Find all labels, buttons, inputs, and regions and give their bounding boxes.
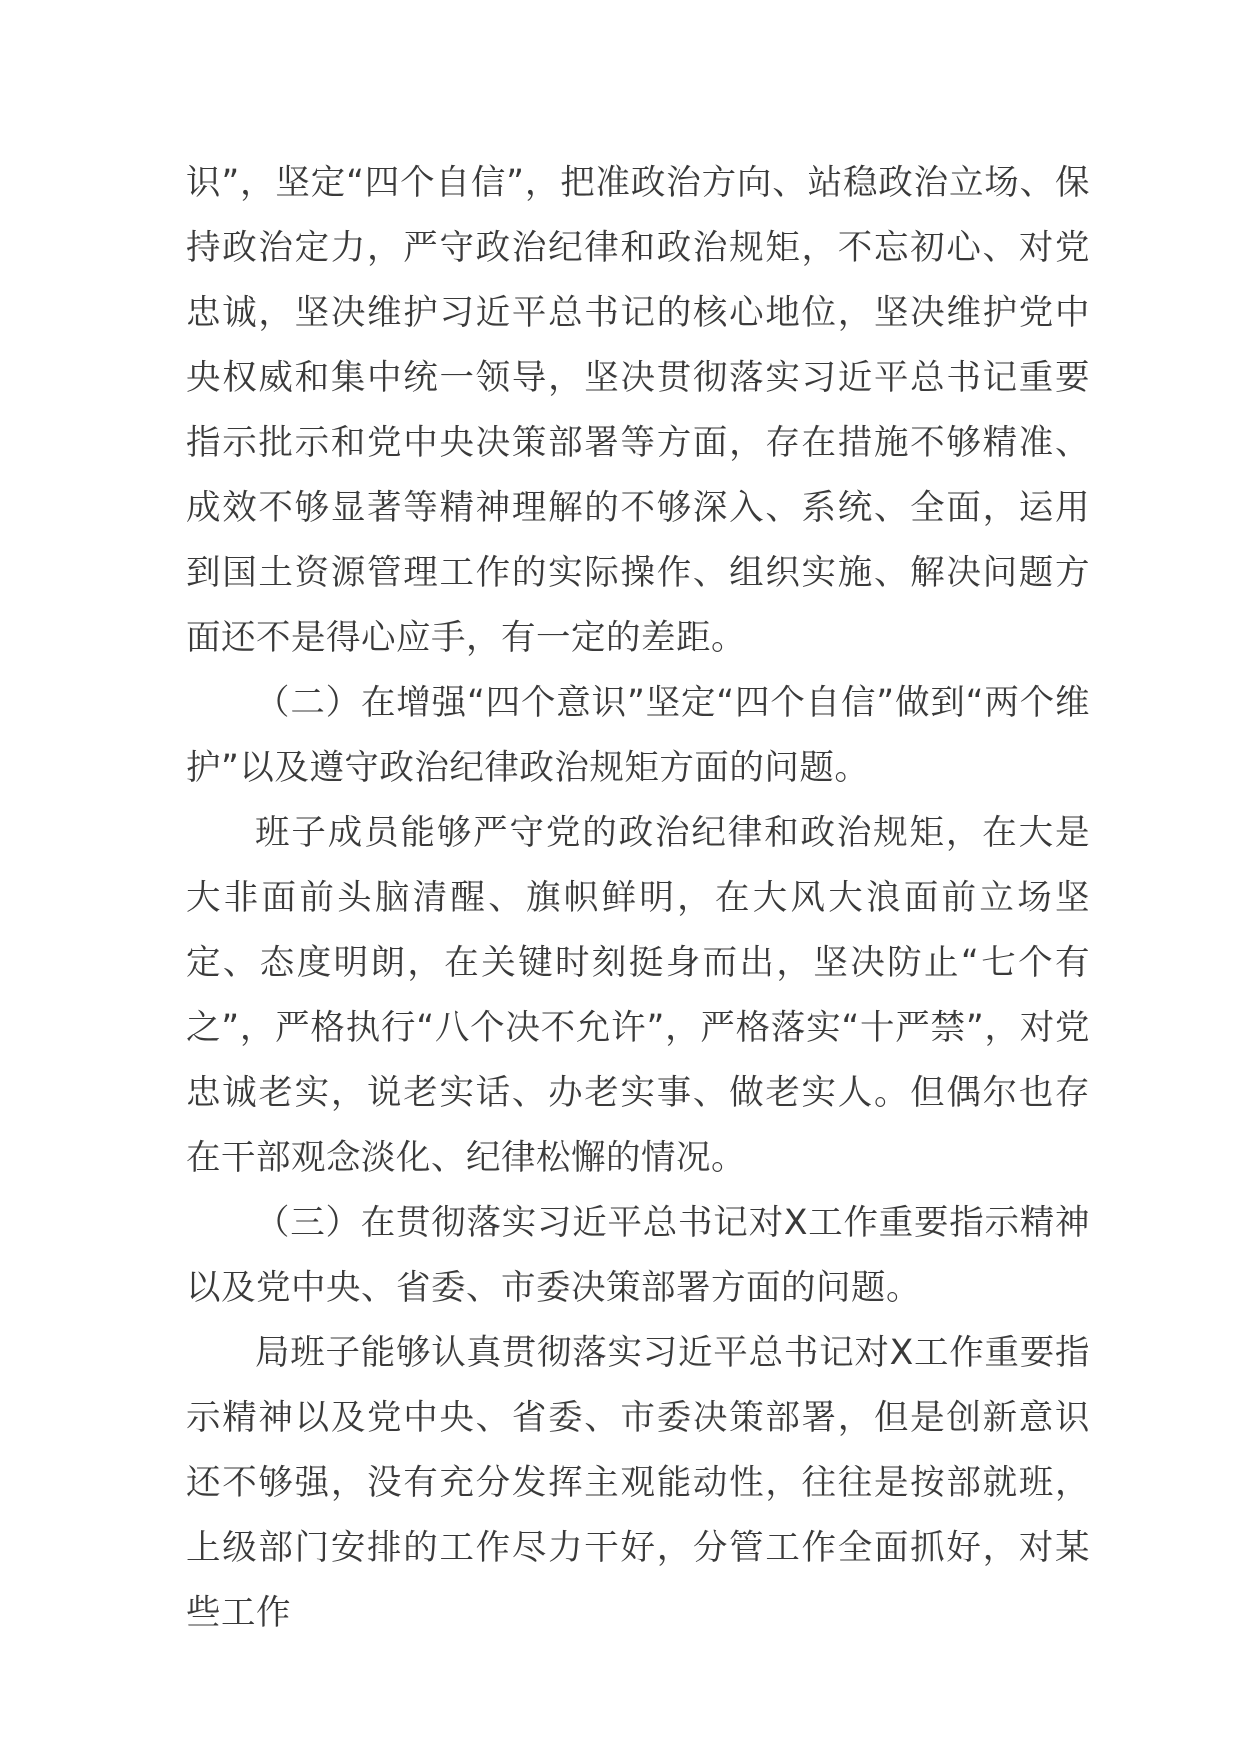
section-heading-2: （二）在增强“四个意识”坚定“四个自信”做到“两个维护”以及遵守政治纪律政治规矩…	[186, 671, 1090, 801]
body-paragraph-section-3: 局班子能够认真贯彻落实习近平总书记对X工作重要指示精神以及党中央、省委、市委决策…	[186, 1321, 1090, 1646]
document-text-block: 识”，坚定“四个自信”，把准政治方向、站稳政治立场、保持政治定力，严守政治纪律和…	[186, 151, 1090, 1646]
document-page: 识”，坚定“四个自信”，把准政治方向、站稳政治立场、保持政治定力，严守政治纪律和…	[0, 0, 1241, 1755]
body-paragraph-section-2: 班子成员能够严守党的政治纪律和政治规矩，在大是大非面前头脑清醒、旗帜鲜明，在大风…	[186, 801, 1090, 1191]
paragraph-continuation-top: 识”，坚定“四个自信”，把准政治方向、站稳政治立场、保持政治定力，严守政治纪律和…	[186, 151, 1090, 671]
section-heading-3: （三）在贯彻落实习近平总书记对X工作重要指示精神以及党中央、省委、市委决策部署方…	[186, 1191, 1090, 1321]
